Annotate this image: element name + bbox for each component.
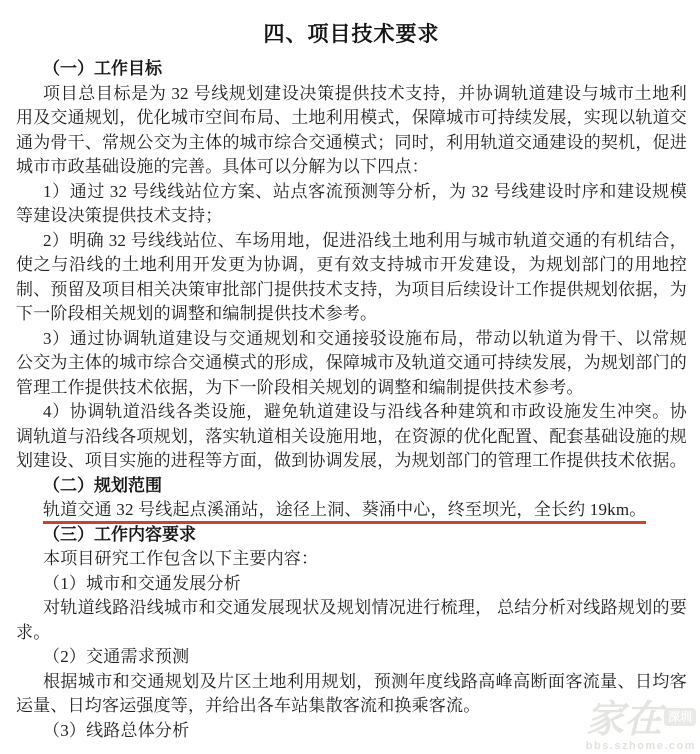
goals-paragraph-point-4: 4）协调轨道沿线各类设施，避免轨道建设与沿线各种建筑和市政设施发生冲突。协调轨道… bbox=[16, 400, 687, 474]
section-heading-work-content: （三）工作内容要求 bbox=[16, 523, 687, 548]
scanned-document: { "document": { "title": "四、项目技术要求", "se… bbox=[0, 0, 700, 754]
work-item-2-body: 根据城市和交通规划及片区土地利用规划，预测年度线路高峰高断面客流量、日均客运量、… bbox=[16, 670, 687, 719]
goals-paragraph-point-2: 2）明确 32 号线线站位、车场用地，促进沿线土地利用与城市轨道交通的有机结合，… bbox=[16, 229, 687, 327]
scope-statement: 轨道交通 32 号线起点溪涌站，途径上洞、葵涌中心，终至坝光，全长约 19km。 bbox=[16, 498, 687, 523]
page: 四、项目技术要求 （一）工作目标 项目总目标是为 32 号线规划建设决策提供技术… bbox=[0, 22, 700, 743]
goals-paragraph-point-1: 1）通过 32 号线线站位方案、站点客流预测等分析，为 32 号线建设时序和建设… bbox=[16, 180, 687, 229]
document-title: 四、项目技术要求 bbox=[16, 22, 687, 47]
goals-paragraph-point-3: 3）通过协调轨道建设与交通规划和交通接驳设施布局，带动以轨道为骨干、以常规公交为… bbox=[16, 327, 687, 401]
section-heading-scope: （二）规划范围 bbox=[16, 474, 687, 499]
section-heading-goals: （一）工作目标 bbox=[16, 57, 687, 82]
work-item-1-body: 对轨道线路沿线城市和交通发展现状及规划情况进行梳理， 总结分析对线路规划的要求。 bbox=[16, 596, 687, 645]
goals-paragraph-overview: 项目总目标是为 32 号线规划建设决策提供技术支持，并协调轨道建设与城市土地利用… bbox=[16, 82, 687, 180]
work-item-2-label: （2）交通需求预测 bbox=[16, 645, 687, 670]
red-underline-annotation: 轨道交通 32 号线起点溪涌站，途径上洞、葵涌中心，终至坝光，全长约 19km。 bbox=[43, 500, 646, 524]
work-item-1-label: （1）城市和交通发展分析 bbox=[16, 572, 687, 597]
work-item-3-label: （3）线路总体分析 bbox=[16, 719, 687, 744]
work-content-intro: 本项目研究工作包含以下主要内容： bbox=[16, 547, 687, 572]
